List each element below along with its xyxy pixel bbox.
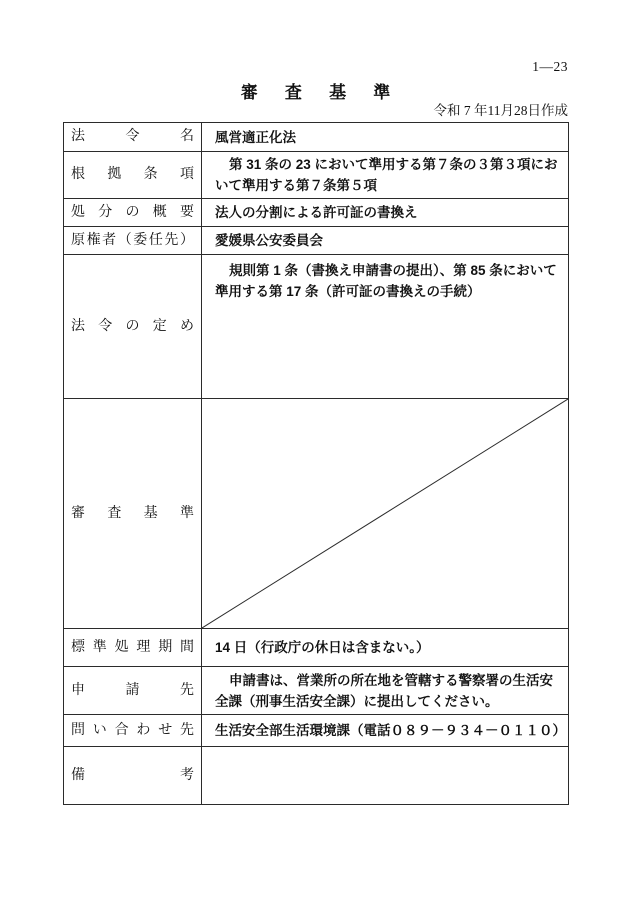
table-row-application-destination: 申請先 申請書は、営業所の所在地を管轄する警察署の生活安全課（刑事生活安全課）に… [64, 667, 569, 715]
table-row-law-name: 法令名 風営適正化法 [64, 123, 569, 152]
law-name-value: 風営適正化法 [202, 123, 569, 152]
application-destination-label: 申請先 [64, 667, 202, 715]
legal-basis-value: 第 31 条の 23 において準用する第７条の３第３項において準用する第７条第５… [202, 152, 569, 199]
table-row-remarks: 備考 [64, 747, 569, 805]
legal-provisions-label: 法令の定め [64, 255, 202, 399]
page-number: 1—23 [532, 59, 568, 75]
disposition-summary-label: 処分の概要 [64, 199, 202, 227]
diagonal-line [202, 399, 568, 628]
original-authority-label: 原権者（委任先） [64, 227, 202, 255]
table-row-standard-processing-period: 標準処理期間 14 日（行政庁の休日は含まない。） [64, 629, 569, 667]
examination-criteria-label: 審査基準 [64, 399, 202, 629]
document-page: { "page": { "page_number": "1—23", "titl… [0, 0, 630, 903]
created-date: 令和 7 年11月28日作成 [434, 99, 569, 119]
contact-label: 問い合わせ先 [64, 715, 202, 747]
table-row-disposition-summary: 処分の概要 法人の分割による許可証の書換え [64, 199, 569, 227]
remarks-value [202, 747, 569, 805]
contact-value: 生活安全部生活環境課（電話０８９－９３４－０１１０） [202, 715, 569, 747]
original-authority-value: 愛媛県公安委員会 [202, 227, 569, 255]
law-name-label: 法令名 [64, 123, 202, 152]
table-row-examination-criteria: 審査基準 [64, 399, 569, 629]
legal-provisions-value: 規則第 1 条（書換え申請書の提出）、第 85 条において準用する第 17 条（… [202, 255, 569, 399]
disposition-summary-value: 法人の分割による許可証の書換え [202, 199, 569, 227]
legal-basis-label: 根拠条項 [64, 152, 202, 199]
remarks-label: 備考 [64, 747, 202, 805]
table-row-legal-basis: 根拠条項 第 31 条の 23 において準用する第７条の３第３項において準用する… [64, 152, 569, 199]
standard-processing-period-value: 14 日（行政庁の休日は含まない。） [202, 629, 569, 667]
criteria-table: 法令名 風営適正化法 根拠条項 第 31 条の 23 において準用する第７条の３… [63, 122, 569, 805]
examination-criteria-value [202, 399, 569, 629]
application-destination-value: 申請書は、営業所の所在地を管轄する警察署の生活安全課（刑事生活安全課）に提出して… [202, 667, 569, 715]
table-row-original-authority: 原権者（委任先） 愛媛県公安委員会 [64, 227, 569, 255]
table-row-contact: 問い合わせ先 生活安全部生活環境課（電話０８９－９３４－０１１０） [64, 715, 569, 747]
table-row-legal-provisions: 法令の定め 規則第 1 条（書換え申請書の提出）、第 85 条において準用する第… [64, 255, 569, 399]
standard-processing-period-label: 標準処理期間 [64, 629, 202, 667]
